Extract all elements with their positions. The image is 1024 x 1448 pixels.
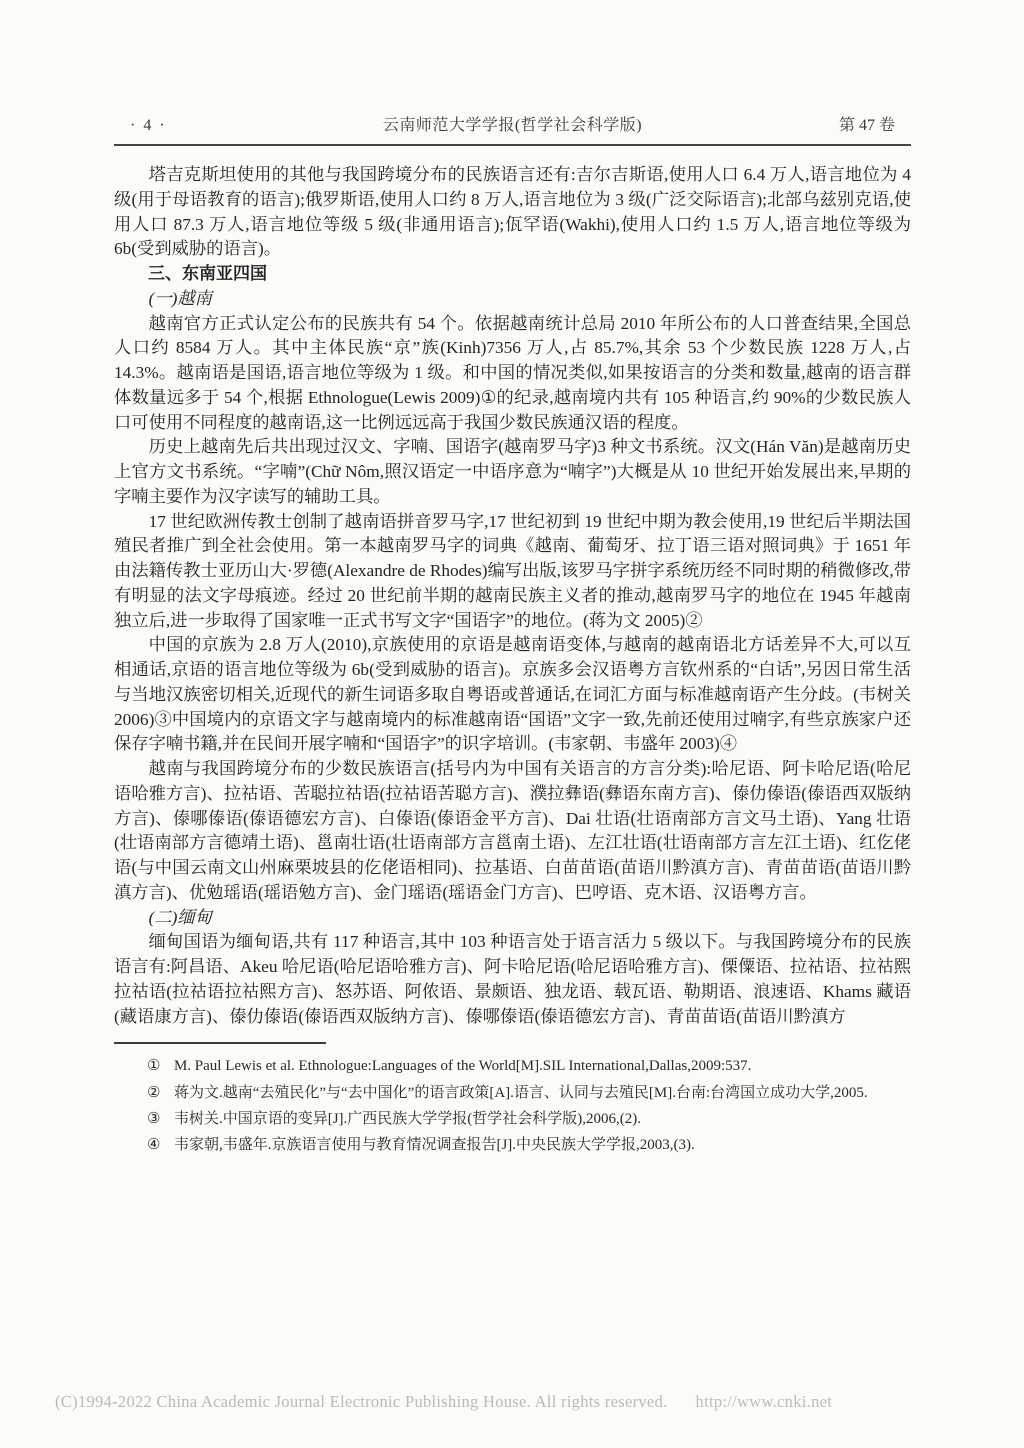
paragraph-myanmar-languages: 缅甸国语为缅甸语,共有 117 种语言,其中 103 种语言处于语言活力 5 级… bbox=[114, 930, 911, 1029]
paragraph-vietnam-writing-systems: 历史上越南先后共出现过汉文、字喃、国语字(越南罗马字)3 种文书系统。汉文(Há… bbox=[114, 435, 911, 509]
cnki-url[interactable]: http://www.cnki.net bbox=[696, 1392, 833, 1412]
journal-title: 云南师范大学学报(哲学社会科学版) bbox=[321, 112, 704, 135]
page-header: · 4 · 云南师范大学学报(哲学社会科学版) 第 47 卷 bbox=[114, 112, 911, 146]
footnote-4-text: 韦家朝,韦盛年.京族语言使用与教育情况调查报告[J].中央民族大学学报,2003… bbox=[174, 1137, 695, 1153]
footnote-2: ②蒋为文.越南“去殖民化”与“去中国化”的语言政策[A].语言、认同与去殖民[M… bbox=[114, 1080, 911, 1106]
journal-page: · 4 · 云南师范大学学报(哲学社会科学版) 第 47 卷 塔吉克斯坦使用的其… bbox=[0, 0, 1024, 1448]
footnotes: ①M. Paul Lewis et al. Ethnologue:Languag… bbox=[114, 1053, 911, 1158]
footnote-3-marker: ③ bbox=[147, 1111, 160, 1127]
footnote-1-marker: ① bbox=[147, 1058, 160, 1074]
subsection-heading-vietnam: (一)越南 bbox=[114, 287, 911, 312]
footnote-1-text: M. Paul Lewis et al. Ethnologue:Language… bbox=[174, 1058, 751, 1074]
section-heading-southeast-asia: 三、东南亚四国 bbox=[114, 262, 911, 287]
paragraph-vietnam-crossborder-languages: 越南与我国跨境分布的少数民族语言(括号内为中国有关语言的方言分类):哈尼语、阿卡… bbox=[114, 757, 911, 906]
page-number: · 4 · bbox=[130, 117, 321, 135]
cnki-watermark-footer: (C)1994-2022 China Academic Journal Elec… bbox=[55, 1392, 915, 1412]
footnote-2-marker: ② bbox=[147, 1085, 160, 1101]
paragraph-tajikistan-languages: 塔吉克斯坦使用的其他与我国跨境分布的民族语言还有:吉尔吉斯语,使用人口 6.4 … bbox=[114, 163, 911, 262]
paragraph-china-jing-people: 中国的京族为 2.8 万人(2010),京族使用的京语是越南语变体,与越南的越南… bbox=[114, 633, 911, 757]
page-column: · 4 · 云南师范大学学报(哲学社会科学版) 第 47 卷 塔吉克斯坦使用的其… bbox=[114, 112, 911, 1158]
paragraph-vietnam-ethnic-overview: 越南官方正式认定公布的民族共有 54 个。依据越南统计总局 2010 年所公布的… bbox=[114, 312, 911, 436]
footnote-2-text: 蒋为文.越南“去殖民化”与“去中国化”的语言政策[A].语言、认同与去殖民[M]… bbox=[174, 1085, 868, 1101]
subsection-heading-myanmar: (二)缅甸 bbox=[114, 906, 911, 931]
footnote-4-marker: ④ bbox=[147, 1137, 160, 1153]
footnote-1: ①M. Paul Lewis et al. Ethnologue:Languag… bbox=[114, 1053, 911, 1079]
volume-number: 第 47 卷 bbox=[704, 112, 895, 135]
footnote-3: ③韦树关.中国京语的变异[J].广西民族大学学报(哲学社会科学版),2006,(… bbox=[114, 1106, 911, 1132]
footnote-separator bbox=[114, 1042, 326, 1044]
footnote-3-text: 韦树关.中国京语的变异[J].广西民族大学学报(哲学社会科学版),2006,(2… bbox=[174, 1111, 641, 1127]
article-body: 塔吉克斯坦使用的其他与我国跨境分布的民族语言还有:吉尔吉斯语,使用人口 6.4 … bbox=[114, 163, 911, 1029]
footnote-4: ④韦家朝,韦盛年.京族语言使用与教育情况调查报告[J].中央民族大学学报,200… bbox=[114, 1132, 911, 1158]
copyright-notice: (C)1994-2022 China Academic Journal Elec… bbox=[55, 1392, 668, 1412]
paragraph-vietnam-romanization: 17 世纪欧洲传教士创制了越南语拼音罗马字,17 世纪初到 19 世纪中期为教会… bbox=[114, 510, 911, 634]
